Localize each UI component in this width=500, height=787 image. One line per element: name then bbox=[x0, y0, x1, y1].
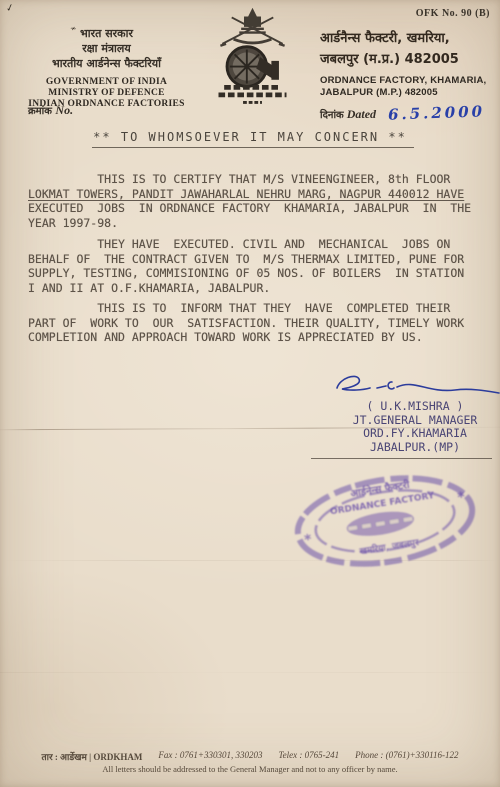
govt-hindi-line: भारत सरकार bbox=[14, 26, 199, 41]
paragraph-jobs-executed: THEY HAVE EXECUTED. CIVIL AND MECHANICAL… bbox=[28, 237, 490, 295]
govt-english-line: GOVERNMENT OF INDIA bbox=[14, 77, 199, 88]
document-page: OFK No. 90 (B) ✓ ≁ भारत सरकार रक्षा मंत्… bbox=[0, 0, 500, 787]
signatory-name: ( U.K.MISHRA ) bbox=[330, 400, 500, 414]
signatory-office: ORD.FY.KHAMARIA bbox=[330, 427, 500, 441]
serial-number-label: क्रमांक No. bbox=[28, 103, 73, 118]
factory-english-line: JABALPUR (M.P.) 482005 bbox=[320, 87, 492, 99]
footer-note: All letters should be addressed to the G… bbox=[0, 764, 500, 774]
footer-phone: Phone : (0761)+330116-122 bbox=[355, 750, 458, 763]
ink-speck: ✓ bbox=[5, 2, 16, 15]
title-underline bbox=[92, 147, 414, 148]
handwritten-date: 6.5.2000 bbox=[387, 102, 485, 123]
stamp-star: * bbox=[303, 532, 313, 549]
serial-label-hindi: क्रमांक bbox=[28, 106, 52, 117]
footer-telex: Telex : 0765-241 bbox=[278, 750, 339, 763]
paper-fold-crease bbox=[0, 560, 500, 561]
body-line: COMPLETION AND APPROACH TOWARD WORK IS A… bbox=[28, 330, 490, 345]
signature-rule bbox=[311, 458, 492, 459]
letterhead-left: भारत सरकार रक्षा मंत्रालय भारतीय आर्डनेन… bbox=[14, 26, 199, 110]
body-line: PART OF WORK TO OUR SATISFACTION. THEIR … bbox=[28, 316, 490, 331]
body-line: YEAR 1997-98. bbox=[28, 216, 490, 231]
body-line-underlined: LOKMAT TOWERS, PANDIT JAWAHARLAL NEHRU M… bbox=[28, 187, 490, 202]
body-line: I AND II AT O.F.KHAMARIA, JABALPUR. bbox=[28, 281, 490, 296]
body-line: THEY HAVE EXECUTED. CIVIL AND MECHANICAL… bbox=[28, 237, 490, 252]
signatory-designation: JT.GENERAL MANAGER bbox=[330, 414, 500, 428]
govt-english-line: MINISTRY OF DEFENCE bbox=[14, 88, 199, 99]
stamp-text-place: खमरिया, जबलपुर bbox=[358, 536, 420, 557]
letterhead-right: आर्डनैन्स फैक्टरी, खमरिया, जबलपुर (म.प्र… bbox=[320, 28, 492, 99]
factory-hindi-line: आर्डनैन्स फैक्टरी, खमरिया, bbox=[320, 28, 492, 49]
body-line: SUPPLY, TESTING, COMMISIONING OF 05 NOS.… bbox=[28, 266, 490, 281]
factory-english-line: ORDNANCE FACTORY, KHAMARIA, bbox=[320, 75, 492, 87]
serial-label-english: No. bbox=[55, 103, 73, 117]
body-line: BEHALF OF THE CONTRACT GIVEN TO M/S THER… bbox=[28, 252, 490, 267]
body-line: THIS IS TO INFORM THAT THEY HAVE COMPLET… bbox=[28, 301, 490, 316]
paper-fold-crease bbox=[0, 672, 500, 673]
letter-subject-title: ** TO WHOMSOEVER IT MAY CONCERN ** bbox=[0, 130, 500, 144]
date-label-hindi: दिनांक bbox=[320, 110, 344, 121]
form-number: OFK No. 90 (B) bbox=[416, 8, 490, 19]
signatory-place: JABALPUR.(MP) bbox=[330, 441, 500, 455]
footer-fax: Fax : 0761+330301, 330203 bbox=[158, 750, 262, 763]
date-label-english: Dated bbox=[347, 107, 376, 121]
body-line: EXECUTED JOBS IN ORDNANCE FACTORY KHAMAR… bbox=[28, 201, 490, 216]
date-line: दिनांकDated 6.5.2000 bbox=[320, 104, 485, 122]
govt-hindi-line: भारतीय आर्डनेन्स फैक्टरियाँ bbox=[14, 56, 199, 71]
factory-hindi-line: जबलपुर (म.प्र.) 482005 bbox=[320, 49, 492, 70]
footer-telegram: तार : आर्डेखम | ORDKHAM bbox=[42, 750, 143, 763]
paragraph-appreciation: THIS IS TO INFORM THAT THEY HAVE COMPLET… bbox=[28, 301, 490, 345]
ordnance-factories-emblem-icon bbox=[205, 8, 300, 110]
paragraph-certify: THIS IS TO CERTIFY THAT M/S VINEENGINEER… bbox=[28, 172, 490, 230]
body-line: THIS IS TO CERTIFY THAT M/S VINEENGINEER… bbox=[28, 172, 490, 187]
footer-contact-line: तार : आर्डेखम | ORDKHAM Fax : 0761+33030… bbox=[0, 750, 500, 763]
govt-hindi-line: रक्षा मंत्रालय bbox=[14, 41, 199, 56]
